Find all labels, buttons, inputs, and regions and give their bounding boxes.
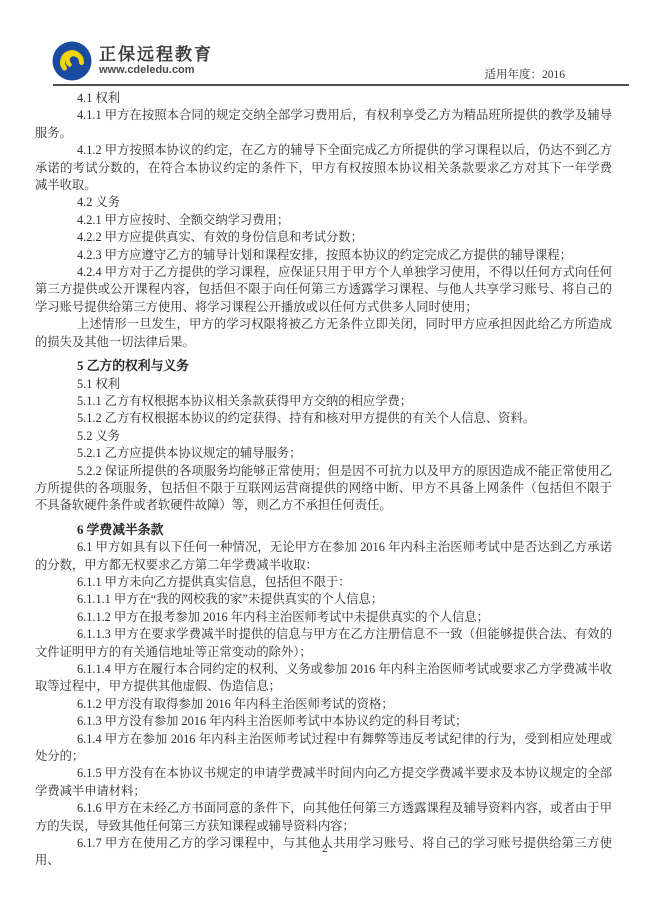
paragraph: 5.1.1 乙方有权根据本协议相关条款获得甲方交纳的相应学费； (35, 393, 612, 410)
paragraph: 4.2.4 甲方对于乙方提供的学习课程，应保证只用于甲方个人单独学习使用，不得以… (35, 264, 612, 316)
swirl-logo-icon (52, 41, 92, 81)
brand-url: www.cdeledu.com (99, 64, 213, 77)
paragraph: 上述情形一旦发生，甲方的学习权限将被乙方无条件立即关闭，同时甲方应承担因此给乙方… (35, 316, 612, 351)
applicable-year-label: 适用年度：2016 (485, 66, 566, 82)
paragraph: 4.1 权利 (35, 90, 612, 107)
page-number: 2 (0, 843, 650, 855)
paragraph: 5.1 权利 (35, 376, 612, 393)
brand-name: 正保远程教育 (99, 45, 213, 64)
paragraph: 4.2.2 甲方应提供真实、有效的身份信息和考试分数； (35, 229, 612, 246)
paragraph: 4.2 义务 (35, 194, 612, 211)
document-page: 正保远程教育 www.cdeledu.com 适用年度：2016 4.1 权利4… (0, 0, 650, 919)
paragraph: 6.1.2 甲方没有取得参加 2016 年内科主治医师考试的资格； (35, 696, 612, 713)
paragraph: 4.2.3 甲方应遵守乙方的辅导计划和课程安排，按照本协议的约定完成乙方提供的辅… (35, 247, 612, 264)
paragraph: 5.2.1 乙方应提供本协议规定的辅导服务； (35, 445, 612, 462)
paragraph: 4.1.2 甲方按照本协议的约定，在乙方的辅导下全面完成乙方所提供的学习课程以后… (35, 142, 612, 194)
paragraph: 6.1.5 甲方没有在本协议书规定的申请学费减半时间内向乙方提交学费减半要求及本… (35, 765, 612, 800)
paragraph: 6.1.1.2 甲方在报考参加 2016 年内科主治医师考试中未提供真实的个人信… (35, 609, 612, 626)
paragraph: 4.1.1 甲方在按照本合同的规定交纳全部学习费用后，有权利享受乙方为精品班所提… (35, 107, 612, 142)
brand-text: 正保远程教育 www.cdeledu.com (99, 45, 213, 77)
paragraph: 6.1.4 甲方在参加 2016 年内科主治医师考试过程中有舞弊等违反考试纪律的… (35, 731, 612, 766)
paragraph: 6 学费减半条款 (35, 522, 612, 539)
paragraph: 6.1.1.4 甲方在履行本合同约定的权利、义务或参加 2016 年内科主治医师… (35, 661, 612, 696)
paragraph: 6.1.3 甲方没有参加 2016 年内科主治医师考试中本协议约定的科目考试； (35, 713, 612, 730)
header-divider (53, 84, 629, 86)
paragraph: 6.1.1.1 甲方在“我的网校我的家”未提供真实的个人信息； (35, 591, 612, 608)
paragraph: 5.2 义务 (35, 428, 612, 445)
paragraph: 5 乙方的权利与义务 (35, 358, 612, 375)
paragraph: 6.1.1.3 甲方在要求学费减半时提供的信息与甲方在乙方注册信息不一致（但能够… (35, 626, 612, 661)
document-body: 4.1 权利4.1.1 甲方在按照本合同的规定交纳全部学习费用后，有权利享受乙方… (35, 90, 612, 870)
paragraph: 6.1.1 甲方未向乙方提供真实信息，包括但不限于： (35, 574, 612, 591)
paragraph: 6.1.6 甲方在未经乙方书面同意的条件下，向其他任何第三方透露课程及辅导资料内… (35, 800, 612, 835)
paragraph: 6.1 甲方如具有以下任何一种情况，无论甲方在参加 2016 年内科主治医师考试… (35, 539, 612, 574)
paragraph: 5.2.2 保证所提供的各项服务均能够正常使用；但是因不可抗力以及甲方的原因造成… (35, 463, 612, 515)
brand-logo: 正保远程教育 www.cdeledu.com (52, 41, 213, 81)
paragraph: 5.1.2 乙方有权根据本协议的约定获得、持有和核对甲方提供的有关个人信息、资料… (35, 410, 612, 427)
paragraph: 4.2.1 甲方应按时、全额交纳学习费用； (35, 212, 612, 229)
